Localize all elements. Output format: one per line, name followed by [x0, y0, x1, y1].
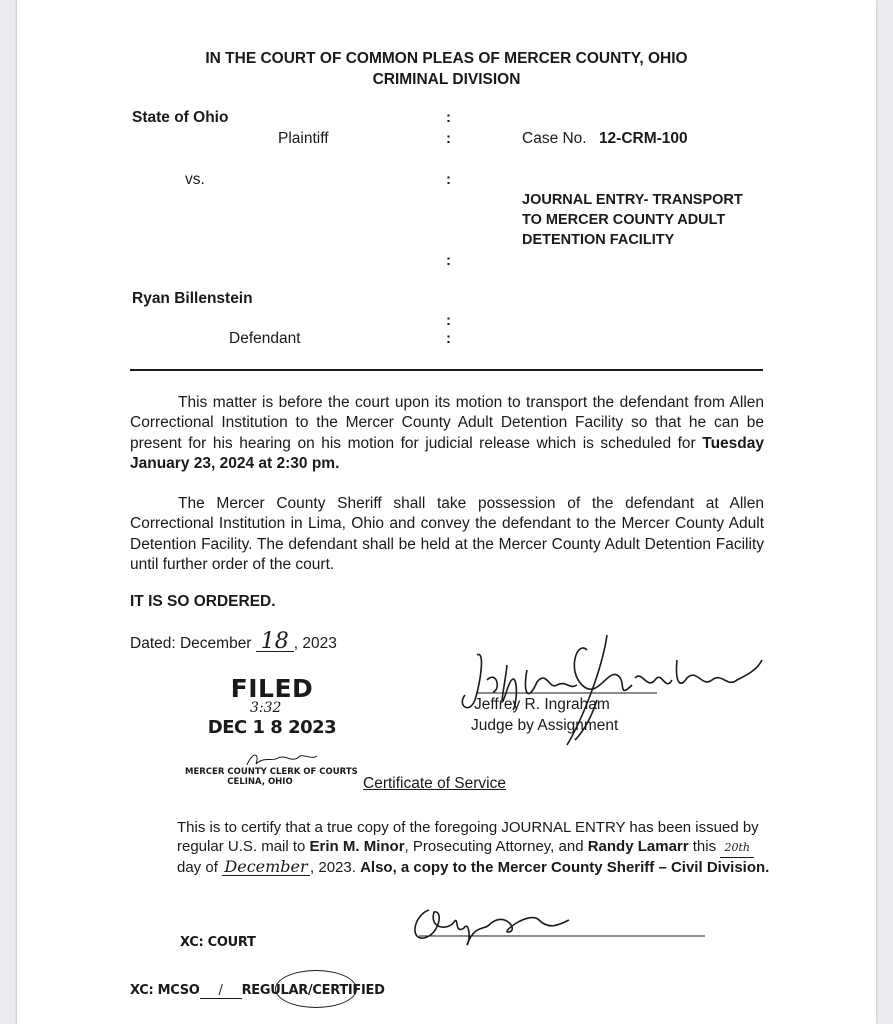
defendant-role: Defendant — [229, 330, 301, 348]
judge-title: Judge by Assignment — [471, 717, 618, 735]
certificate-text: this — [689, 838, 721, 855]
certificate-heading: Certificate of Service — [363, 775, 506, 793]
certificate-body: This is to certify that a true copy of t… — [177, 818, 777, 877]
dated-line: Dated: December 18, 2023 — [130, 633, 337, 653]
versus: vs. — [185, 171, 205, 189]
sheriff-copy-note: Also, a copy to the Mercer County Sherif… — [360, 859, 769, 876]
certificate-text: , Prosecuting Attorney, and — [405, 838, 588, 855]
filed-time: 3:32 — [250, 700, 281, 716]
service-day: 20th — [720, 838, 754, 858]
filed-stamp-label: FILED — [217, 674, 327, 703]
case-title: JOURNAL ENTRY- TRANSPORT TO MERCER COUNT… — [522, 190, 743, 250]
dated-suffix: , 2023 — [294, 635, 337, 652]
document-page: IN THE COURT OF COMMON PLEAS OF MERCER C… — [17, 0, 876, 1024]
paragraph-transport-motion: This matter is before the court upon its… — [130, 393, 764, 474]
plaintiff-name: State of Ohio — [132, 109, 228, 127]
dated-prefix: Dated: December — [130, 635, 251, 652]
filed-date: DEC 1 8 2023 — [207, 717, 337, 738]
court-name: IN THE COURT OF COMMON PLEAS OF MERCER C… — [17, 48, 876, 69]
case-title-line: JOURNAL ENTRY- TRANSPORT — [522, 190, 743, 210]
xc-mcso: XC: MCSO — [130, 983, 200, 998]
service-month: December — [222, 859, 310, 876]
caption-divider — [130, 369, 763, 371]
case-number: 12-CRM-100 — [599, 130, 688, 147]
recipient-defense: Randy Lamarr — [588, 838, 689, 855]
court-division: CRIMINAL DIVISION — [17, 69, 876, 90]
defendant-name: Ryan Billenstein — [132, 290, 253, 308]
certificate-text: day of — [177, 859, 222, 876]
case-title-line: TO MERCER COUNTY ADULT — [522, 210, 743, 230]
caption-separator: : — [446, 109, 451, 126]
paragraph-sheriff-order: The Mercer County Sheriff shall take pos… — [130, 494, 764, 575]
clerk-stamp-line: CELINA, OHIO — [185, 777, 335, 787]
caption-separator: : — [446, 330, 451, 347]
dated-day: 18 — [256, 633, 294, 652]
xc-court: XC: COURT — [180, 935, 256, 950]
judge-name: Jeffrey R. Ingraham — [474, 696, 610, 714]
clerk-stamp-line: MERCER COUNTY CLERK OF COURTS — [185, 767, 335, 777]
clerk-stamp: MERCER COUNTY CLERK OF COURTS CELINA, OH… — [185, 767, 335, 787]
so-ordered: IT IS SO ORDERED. — [130, 593, 276, 611]
service-signature — [409, 900, 709, 950]
caption-separator: : — [446, 130, 451, 147]
certified-circle — [275, 970, 357, 1008]
case-title-line: DETENTION FACILITY — [522, 230, 743, 250]
recipient-prosecutor: Erin M. Minor — [310, 838, 405, 855]
certificate-text: , 2023. — [310, 859, 360, 876]
caption-separator: : — [446, 312, 451, 329]
caption-separator: : — [446, 171, 451, 188]
paragraph-text: The Mercer County Sheriff shall take pos… — [130, 495, 764, 573]
caption-separator: : — [446, 252, 451, 269]
case-number-label: Case No. — [522, 130, 587, 147]
plaintiff-role: Plaintiff — [278, 130, 329, 148]
mcso-mark: / — [200, 983, 242, 999]
case-number-block: Case No. 12-CRM-100 — [522, 130, 688, 148]
paragraph-text: This matter is before the court upon its… — [130, 394, 764, 452]
